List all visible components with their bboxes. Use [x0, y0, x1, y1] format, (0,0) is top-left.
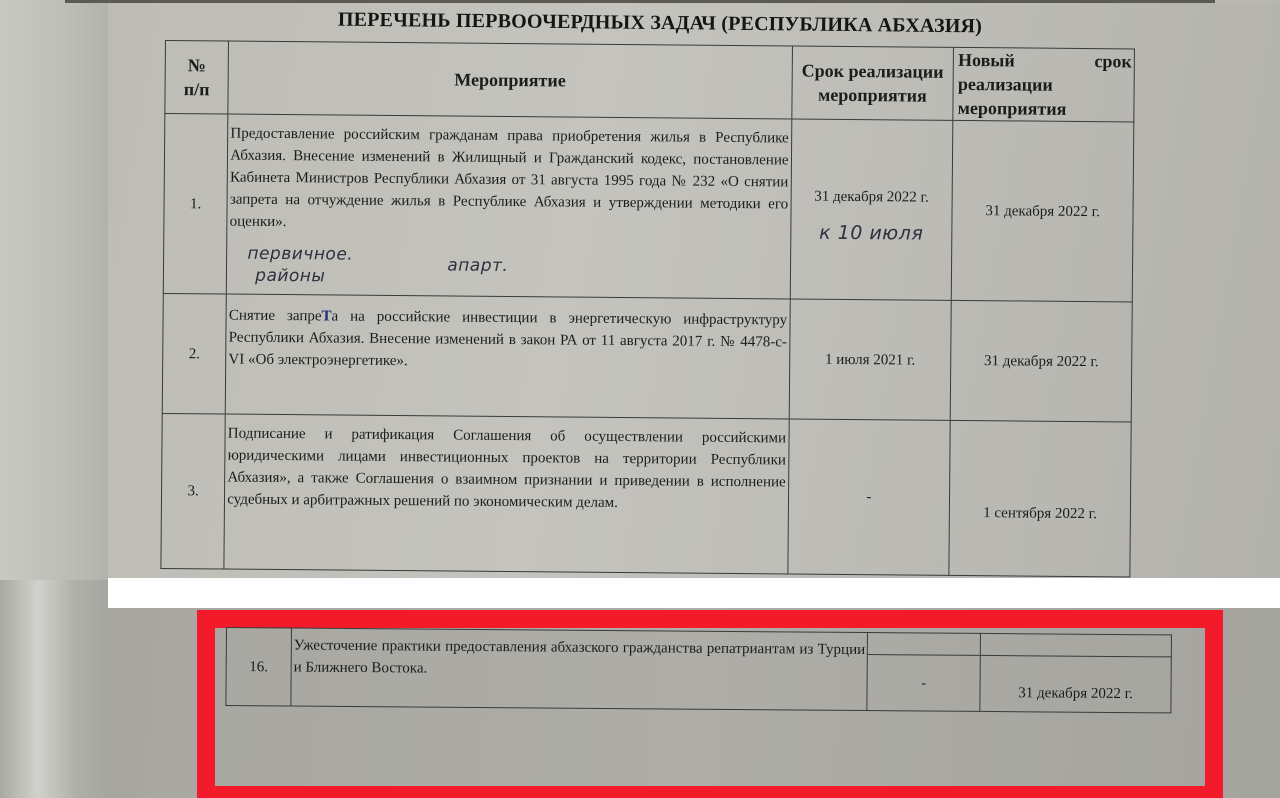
- activity-text: Подписание и ратификация Соглашения об о…: [225, 415, 788, 516]
- tasks-table: № п/п Мероприятие Срок реализации меропр…: [160, 40, 1135, 577]
- row-new-deadline-upper: [980, 633, 1171, 656]
- activity-text-part: Снятие запре: [229, 308, 322, 325]
- row-deadline-upper: [868, 633, 981, 656]
- row-activity: Снятие запреТа на российские инвестиции …: [225, 294, 789, 419]
- header-number-symbol: №: [166, 53, 228, 78]
- row-new-deadline: 31 декабря 2022 г.: [951, 120, 1133, 302]
- row-number: 1.: [163, 114, 228, 295]
- highlighted-table-fragment: 16. Ужесточение практики предоставления …: [225, 627, 1172, 713]
- table-row: 2. Снятие запреТа на российские инвестиц…: [162, 293, 1132, 421]
- handwritten-note: районы: [255, 265, 325, 288]
- row-number: 2.: [162, 293, 226, 414]
- row-deadline: 1 июля 2021 г.: [789, 299, 952, 420]
- row-activity: Ужесточение практики предоставления абха…: [291, 628, 868, 711]
- table-header-row: № п/п Мероприятие Срок реализации меропр…: [165, 41, 1135, 122]
- handwritten-deadline: к 10 июля: [791, 221, 952, 244]
- activity-text: Ужесточение практики предоставления абха…: [292, 629, 868, 684]
- separator-band: [108, 578, 1280, 608]
- activity-text: Снятие запреТа на российские инвестиции …: [226, 295, 789, 376]
- row-activity: Предоставление российским гражданам прав…: [227, 114, 792, 299]
- row-deadline: 31 декабря 2022 г. к 10 июля: [790, 119, 953, 300]
- deadline-text: 31 декабря 2022 г.: [791, 185, 952, 208]
- row-deadline: -: [787, 419, 950, 575]
- header-number: № п/п: [165, 41, 229, 115]
- row-new-deadline: 31 декабря 2022 г.: [980, 655, 1171, 712]
- header-number-abbrev: п/п: [165, 77, 227, 102]
- handwritten-note: первичное.: [247, 243, 353, 266]
- typed-correction: Т: [321, 308, 331, 324]
- table-row: 3. Подписание и ратификация Соглашения о…: [161, 413, 1131, 576]
- blurred-background-left: [0, 0, 108, 798]
- blurred-background-left-lower: [0, 580, 108, 798]
- row-deadline: -: [867, 655, 980, 712]
- header-activity: Мероприятие: [228, 41, 792, 119]
- handwritten-note: апарт.: [447, 254, 508, 277]
- header-new-deadline-rest: реализации мероприятия: [958, 72, 1134, 122]
- row-number: 3.: [161, 413, 226, 569]
- header-new-word: Новый: [958, 48, 1015, 72]
- activity-text: Предоставление российским гражданам прав…: [228, 115, 791, 238]
- row-new-deadline: 31 декабря 2022 г.: [950, 300, 1132, 422]
- row-activity: Подписание и ратификация Соглашения об о…: [224, 414, 789, 574]
- header-deadline: Срок реализации мероприятия: [791, 46, 953, 120]
- header-new-deadline: Новыйсрок реализации мероприятия: [953, 47, 1134, 122]
- table-row: 1. Предоставление российским гражданам п…: [163, 114, 1134, 302]
- row-new-deadline: 1 сентября 2022 г.: [949, 420, 1131, 577]
- header-term-word: срок: [1094, 49, 1132, 73]
- row-number: 16.: [226, 628, 292, 707]
